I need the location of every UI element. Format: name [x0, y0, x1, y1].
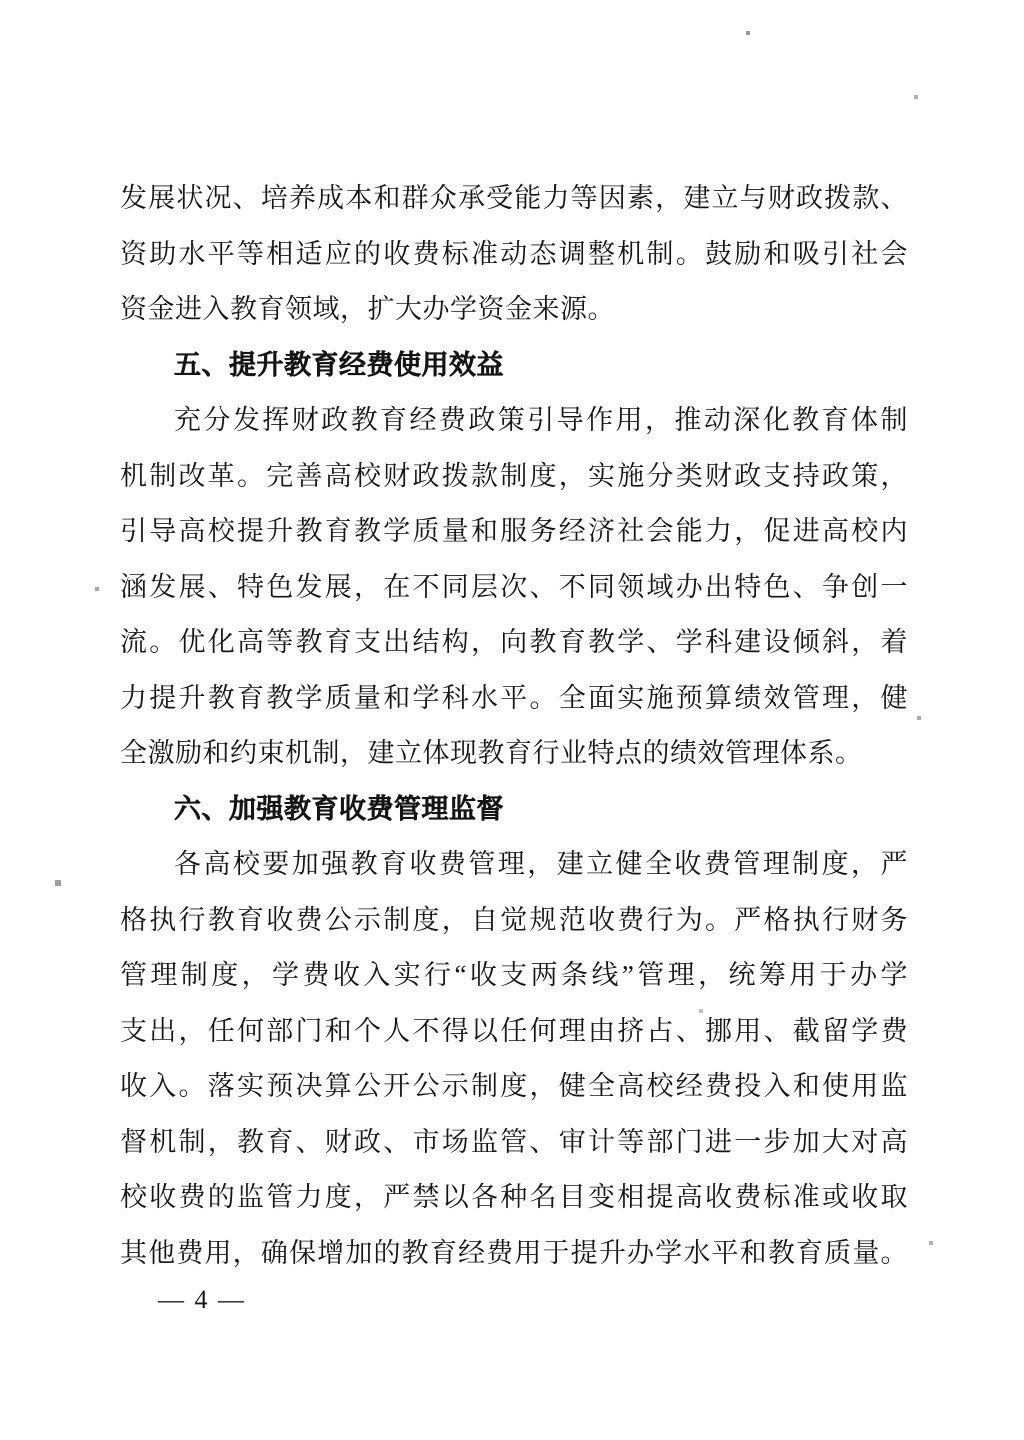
text-line: 资金进入教育领域，扩大办学资金来源。	[120, 282, 908, 338]
page-number: — 4 —	[158, 1284, 246, 1316]
text-line: 充分发挥财政教育经费政策引导作用，推动深化教育体制	[120, 393, 908, 449]
text-line: 各高校要加强教育收费管理，建立健全收费管理制度，严	[120, 837, 908, 893]
text-line: 涵发展、特色发展，在不同层次、不同领域办出特色、争创一	[120, 560, 908, 616]
section-heading-5: 五、提升教育经费使用效益	[120, 338, 908, 394]
document-page: 发展状况、培养成本和群众承受能力等因素，建立与财政拨款、 资助水平等相适应的收费…	[0, 0, 1024, 1440]
text-line: 机制改革。完善高校财政拨款制度，实施分类财政支持政策，	[120, 449, 908, 505]
text-line: 支出，任何部门和个人不得以任何理由挤占、挪用、截留学费	[120, 1004, 908, 1060]
text-line: 流。优化高等教育支出结构，向教育教学、学科建设倾斜，着	[120, 615, 908, 671]
text-line: 格执行教育收费公示制度，自觉规范收费行为。严格执行财务	[120, 893, 908, 949]
text-line: 校收费的监管力度，严禁以各种名目变相提高收费标准或收取	[120, 1170, 908, 1226]
document-body: 发展状况、培养成本和群众承受能力等因素，建立与财政拨款、 资助水平等相适应的收费…	[120, 171, 908, 1281]
section-heading-6: 六、加强教育收费管理监督	[120, 782, 908, 838]
text-line: 督机制，教育、财政、市场监管、审计等部门进一步加大对高	[120, 1115, 908, 1171]
text-line: 其他费用，确保增加的教育经费用于提升办学水平和教育质量。	[120, 1226, 908, 1282]
text-line: 收入。落实预决算公开公示制度，健全高校经费投入和使用监	[120, 1059, 908, 1115]
text-line: 力提升教育教学质量和学科水平。全面实施预算绩效管理，健	[120, 671, 908, 727]
text-line: 全激励和约束机制，建立体现教育行业特点的绩效管理体系。	[120, 726, 908, 782]
text-line: 管理制度，学费收入实行“收支两条线”管理，统筹用于办学	[120, 948, 908, 1004]
text-line: 发展状况、培养成本和群众承受能力等因素，建立与财政拨款、	[120, 171, 908, 227]
text-line: 引导高校提升教育教学质量和服务经济社会能力，促进高校内	[120, 504, 908, 560]
scan-specks	[0, 0, 2, 2]
text-line: 资助水平等相适应的收费标准动态调整机制。鼓励和吸引社会	[120, 227, 908, 283]
